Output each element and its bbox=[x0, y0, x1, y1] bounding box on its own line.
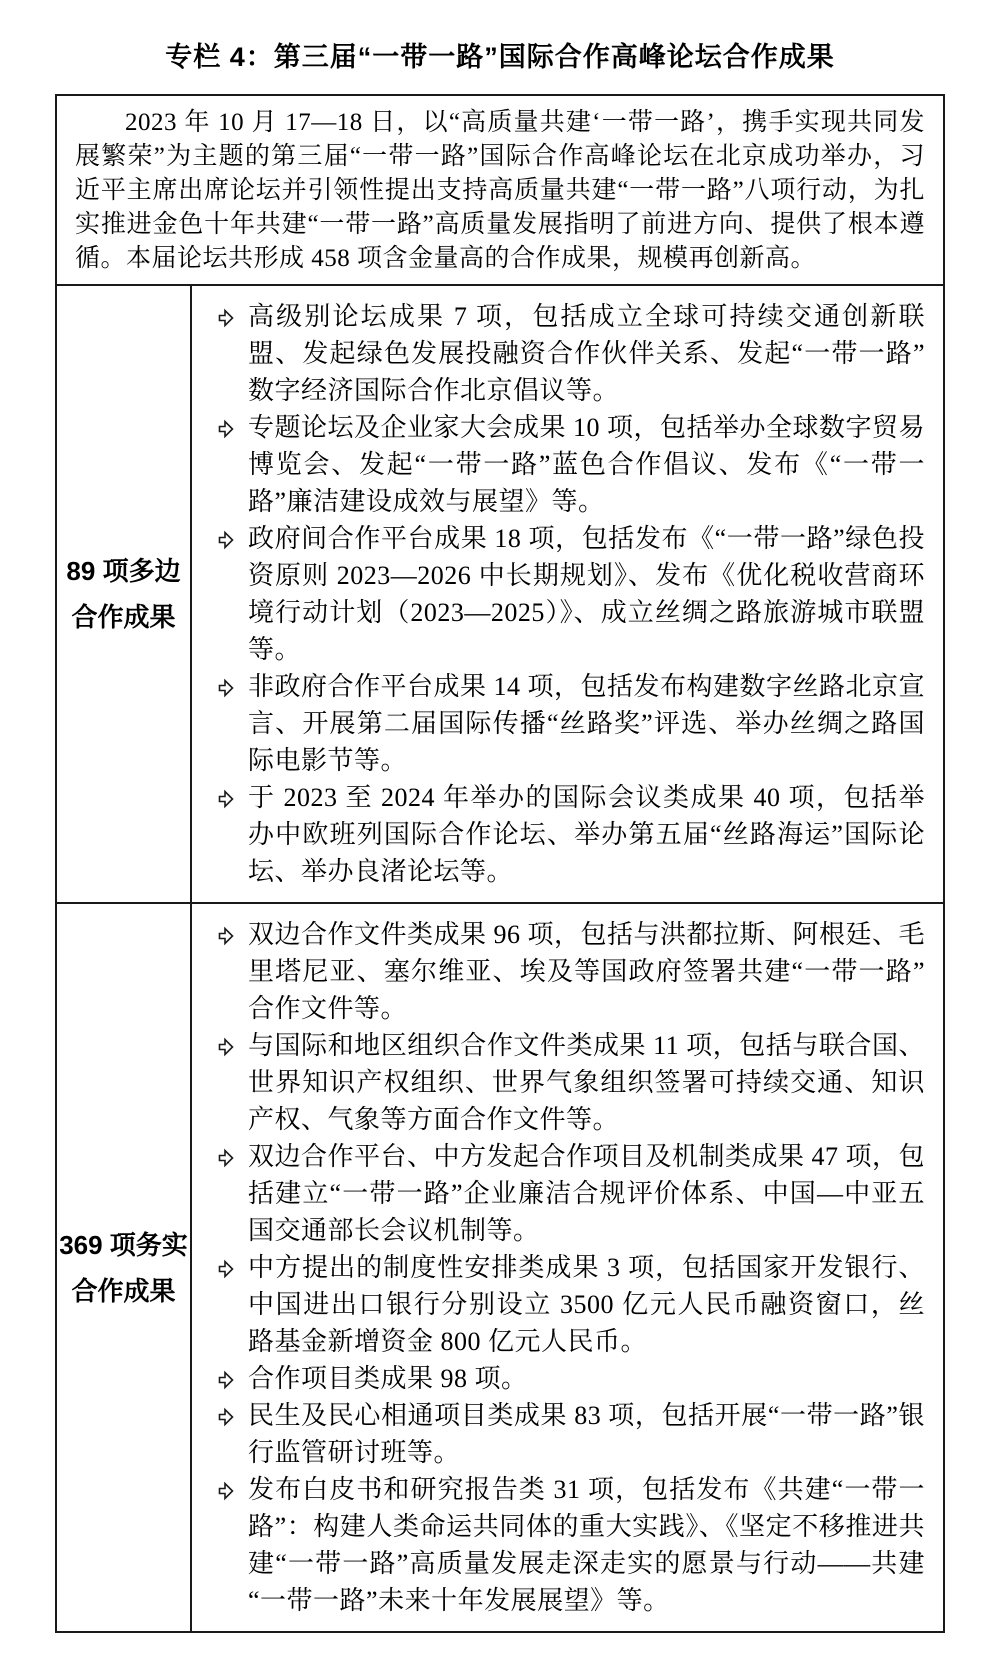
row-label-practical: 369 项务实 合作成果 bbox=[57, 904, 192, 1631]
intro-cell: 2023 年 10 月 17—18 日，以“高质量共建‘一带一路’，携手实现共同… bbox=[57, 96, 943, 284]
arrow-bullet-icon bbox=[204, 1471, 248, 1502]
column-table: 2023 年 10 月 17—18 日，以“高质量共建‘一带一路’，携手实现共同… bbox=[55, 94, 945, 1633]
arrow-bullet-icon bbox=[204, 1360, 248, 1391]
document-page: 专栏 4：第三届“一带一路”国际合作高峰论坛合作成果 2023 年 10 月 1… bbox=[0, 0, 1000, 1633]
list-item: 合作项目类成果 98 项。 bbox=[204, 1360, 925, 1397]
arrow-bullet-icon bbox=[204, 1249, 248, 1280]
table-row: 369 项务实 合作成果 双边合作文件类成果 96 项，包括与洪都拉斯、阿根廷 bbox=[57, 902, 943, 1631]
arrow-bullet-icon bbox=[204, 1397, 248, 1428]
list-item-text: 中方提出的制度性安排类成果 3 项，包括国家开发银行、中国进出口银行分别设立 3… bbox=[248, 1249, 925, 1360]
page-title: 专栏 4：第三届“一带一路”国际合作高峰论坛合作成果 bbox=[55, 40, 945, 74]
list-item: 民生及民心相通项目类成果 83 项，包括开展“一带一路”银行监管研讨班等。 bbox=[204, 1397, 925, 1471]
list-item-text: 民生及民心相通项目类成果 83 项，包括开展“一带一路”银行监管研讨班等。 bbox=[248, 1397, 925, 1471]
list-item: 专题论坛及企业家大会成果 10 项，包括举办全球数字贸易博览会、发起“一带一路”… bbox=[204, 409, 925, 520]
list-item: 与国际和地区组织合作文件类成果 11 项，包括与联合国、世界知识产权组织、世界气… bbox=[204, 1027, 925, 1138]
bullet-list: 高级别论坛成果 7 项，包括成立全球可持续交通创新联盟、发起绿色发展投融资合作伙… bbox=[204, 298, 925, 890]
row-label-line2: 合作成果 bbox=[71, 594, 175, 640]
arrow-bullet-icon bbox=[204, 520, 248, 551]
row-label-line2: 合作成果 bbox=[71, 1268, 175, 1314]
list-item-text: 合作项目类成果 98 项。 bbox=[248, 1360, 925, 1397]
row-content-practical: 双边合作文件类成果 96 项，包括与洪都拉斯、阿根廷、毛里塔尼亚、塞尔维亚、埃及… bbox=[192, 904, 943, 1631]
intro-paragraph: 2023 年 10 月 17—18 日，以“高质量共建‘一带一路’，携手实现共同… bbox=[75, 106, 925, 276]
arrow-bullet-icon bbox=[204, 668, 248, 699]
list-item-text: 双边合作平台、中方发起合作项目及机制类成果 47 项，包括建立“一带一路”企业廉… bbox=[248, 1138, 925, 1249]
list-item-text: 与国际和地区组织合作文件类成果 11 项，包括与联合国、世界知识产权组织、世界气… bbox=[248, 1027, 925, 1138]
arrow-bullet-icon bbox=[204, 1027, 248, 1058]
arrow-bullet-icon bbox=[204, 298, 248, 329]
list-item-text: 高级别论坛成果 7 项，包括成立全球可持续交通创新联盟、发起绿色发展投融资合作伙… bbox=[248, 298, 925, 409]
list-item: 非政府合作平台成果 14 项，包括发布构建数字丝路北京宣言、开展第二届国际传播“… bbox=[204, 668, 925, 779]
list-item-text: 非政府合作平台成果 14 项，包括发布构建数字丝路北京宣言、开展第二届国际传播“… bbox=[248, 668, 925, 779]
list-item: 双边合作文件类成果 96 项，包括与洪都拉斯、阿根廷、毛里塔尼亚、塞尔维亚、埃及… bbox=[204, 916, 925, 1027]
list-item: 中方提出的制度性安排类成果 3 项，包括国家开发银行、中国进出口银行分别设立 3… bbox=[204, 1249, 925, 1360]
bullet-list: 双边合作文件类成果 96 项，包括与洪都拉斯、阿根廷、毛里塔尼亚、塞尔维亚、埃及… bbox=[204, 916, 925, 1619]
list-item-text: 于 2023 至 2024 年举办的国际会议类成果 40 项，包括举办中欧班列国… bbox=[248, 779, 925, 890]
arrow-bullet-icon bbox=[204, 916, 248, 947]
row-label-line1: 89 项多边 bbox=[66, 548, 180, 594]
row-content-multilateral: 高级别论坛成果 7 项，包括成立全球可持续交通创新联盟、发起绿色发展投融资合作伙… bbox=[192, 286, 943, 902]
list-item-text: 专题论坛及企业家大会成果 10 项，包括举办全球数字贸易博览会、发起“一带一路”… bbox=[248, 409, 925, 520]
list-item: 政府间合作平台成果 18 项，包括发布《“一带一路”绿色投资原则 2023—20… bbox=[204, 520, 925, 668]
row-label-line1: 369 项务实 bbox=[59, 1222, 188, 1268]
table-row: 89 项多边 合作成果 高级别论坛成果 7 项，包括成立全球可持续交通创新联盟 bbox=[57, 284, 943, 902]
list-item-text: 政府间合作平台成果 18 项，包括发布《“一带一路”绿色投资原则 2023—20… bbox=[248, 520, 925, 668]
arrow-bullet-icon bbox=[204, 409, 248, 440]
list-item: 双边合作平台、中方发起合作项目及机制类成果 47 项，包括建立“一带一路”企业廉… bbox=[204, 1138, 925, 1249]
list-item-text: 双边合作文件类成果 96 项，包括与洪都拉斯、阿根廷、毛里塔尼亚、塞尔维亚、埃及… bbox=[248, 916, 925, 1027]
list-item-text: 发布白皮书和研究报告类 31 项，包括发布《共建“一带一路”：构建人类命运共同体… bbox=[248, 1471, 925, 1619]
list-item: 发布白皮书和研究报告类 31 项，包括发布《共建“一带一路”：构建人类命运共同体… bbox=[204, 1471, 925, 1619]
row-label-multilateral: 89 项多边 合作成果 bbox=[57, 286, 192, 902]
arrow-bullet-icon bbox=[204, 779, 248, 810]
arrow-bullet-icon bbox=[204, 1138, 248, 1169]
list-item: 于 2023 至 2024 年举办的国际会议类成果 40 项，包括举办中欧班列国… bbox=[204, 779, 925, 890]
list-item: 高级别论坛成果 7 项，包括成立全球可持续交通创新联盟、发起绿色发展投融资合作伙… bbox=[204, 298, 925, 409]
